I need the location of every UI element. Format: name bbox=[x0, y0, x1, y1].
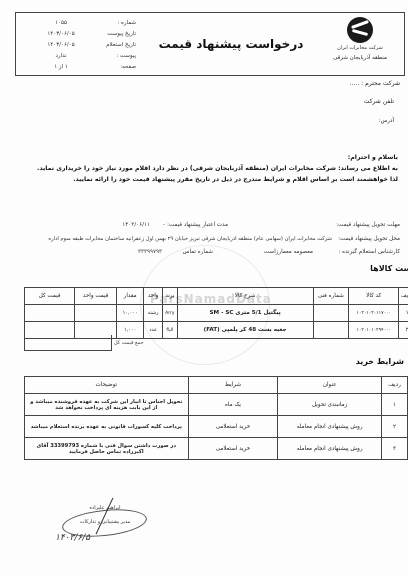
conditions-section-title: شرایط خرید bbox=[356, 357, 404, 366]
location-label: محل تحویل پیشنهاد قیمت: bbox=[338, 236, 400, 242]
signature-block: ابراهیم علیزاده مدیر پشتیبانی و تدارکات bbox=[60, 505, 150, 525]
expert-value: معصومه معمارزاست bbox=[264, 249, 313, 255]
intro-text: باسلام و احترام: به اطلاع می رساند: شرکت… bbox=[8, 152, 398, 185]
items-table: ردیف کد کالا شماره فنی شرح کالا برند واح… bbox=[24, 287, 408, 339]
phone-value: ۳۳۳۹۹۷۹۳ bbox=[138, 249, 162, 255]
intro-line-1: به اطلاع می رساند: شرکت مخابرات ایران (م… bbox=[8, 163, 398, 174]
document-page: ParsNamadData شرکت مخابرات ایران منطقه آ… bbox=[0, 0, 408, 576]
validity-value: - bbox=[163, 222, 165, 228]
meta-row-number: شماره : ۱۰۵۵ bbox=[36, 18, 136, 29]
company-name: شرکت مخابرات ایران bbox=[330, 45, 390, 52]
table-row: ۱ زمانبندی تحویل یک ماه تحویل اجناس تا ا… bbox=[25, 394, 408, 416]
conditions-table: ردیف عنوان شرایط توضیحات ۱ زمانبندی تحوی… bbox=[24, 376, 408, 460]
deadline-label: مهلت تحویل پیشنهاد قیمت: bbox=[336, 222, 400, 228]
validity-label: مدت اعتبار پیشنهاد قیمت: bbox=[167, 222, 228, 228]
deadline-value: ۱۴۰۳/۰۶/۱۱ bbox=[122, 222, 150, 228]
table-row: ۳ روش پیشنهادی انجام معامله خرید استعلام… bbox=[25, 438, 408, 460]
phone-label: شماره تماس bbox=[183, 249, 213, 255]
items-header-row: ردیف کد کالا شماره فنی شرح کالا برند واح… bbox=[25, 288, 408, 305]
intro-line-2: لذا خواهشمند است بر اساس اقلام و شرایط م… bbox=[8, 174, 398, 185]
signatory-title: مدیر پشتیبانی و تدارکات bbox=[60, 519, 150, 525]
recipient-address: آدرس: bbox=[379, 118, 394, 124]
items-section-title: لیست کالاها bbox=[370, 264, 408, 273]
recipient-company: شرکت محترم : ..... bbox=[350, 80, 400, 87]
grand-total-box bbox=[24, 335, 112, 351]
company-logo: شرکت مخابرات ایران منطقه آذربایجان شرقی bbox=[330, 17, 390, 61]
letter-meta: شماره : ۱۰۵۵ تاریخ پیوست ۱۴۰۳/۰۶/۰۵ تاری… bbox=[36, 18, 136, 73]
meta-row-inquiry-date: تاریخ استعلام ۱۴۰۳/۰۶/۰۵ bbox=[36, 40, 136, 51]
table-row: ۱ ۱۰۲۰۱۰۲۰۱۱۷۰۰۰ پیگتیل 5/1 متری SM - SC… bbox=[25, 305, 408, 322]
company-logo-icon bbox=[347, 17, 373, 43]
document-title: درخواست پیشنهاد قیمت bbox=[156, 37, 306, 51]
location-value: شرکت مخابرات ایران (سهامی عام) منطقه آذر… bbox=[22, 236, 332, 242]
handwritten-date: ۱۴۰۳/۶/۵ bbox=[55, 533, 90, 543]
grand-total-label: جمع قیمت کل bbox=[114, 340, 144, 346]
letter-header: شرکت مخابرات ایران منطقه آذربایجان شرقی … bbox=[15, 12, 405, 76]
greeting: باسلام و احترام: bbox=[8, 152, 398, 163]
meta-row-page: صفحه: ۱ از ۱ bbox=[36, 62, 136, 73]
signatory-name: ابراهیم علیزاده bbox=[60, 505, 150, 511]
expert-label: کارشناس استعلام گیرنده : bbox=[339, 249, 401, 255]
table-row: ۲ روش پیشنهادی انجام معامله خرید استعلام… bbox=[25, 416, 408, 438]
conditions-header-row: ردیف عنوان شرایط توضیحات bbox=[25, 377, 408, 394]
meta-row-attachment: پیوست : ندارد bbox=[36, 51, 136, 62]
recipient-phone: تلفن شرکت bbox=[364, 98, 394, 105]
meta-row-attach-date: تاریخ پیوست ۱۴۰۳/۰۶/۰۵ bbox=[36, 29, 136, 40]
company-region: منطقه آذربایجان شرقی bbox=[330, 55, 390, 61]
